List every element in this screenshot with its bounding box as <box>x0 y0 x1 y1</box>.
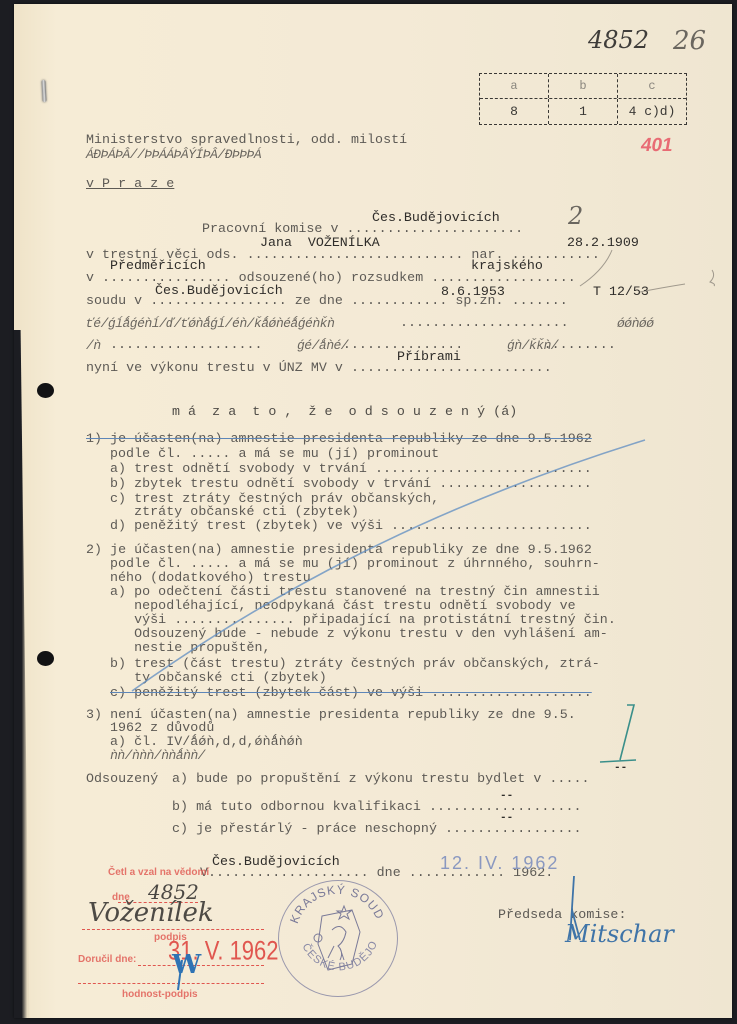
margin-mark-icon <box>600 705 636 762</box>
pen-annotations <box>0 0 737 1024</box>
cancellation-stroke <box>132 440 645 691</box>
signature-stroke <box>570 876 580 940</box>
